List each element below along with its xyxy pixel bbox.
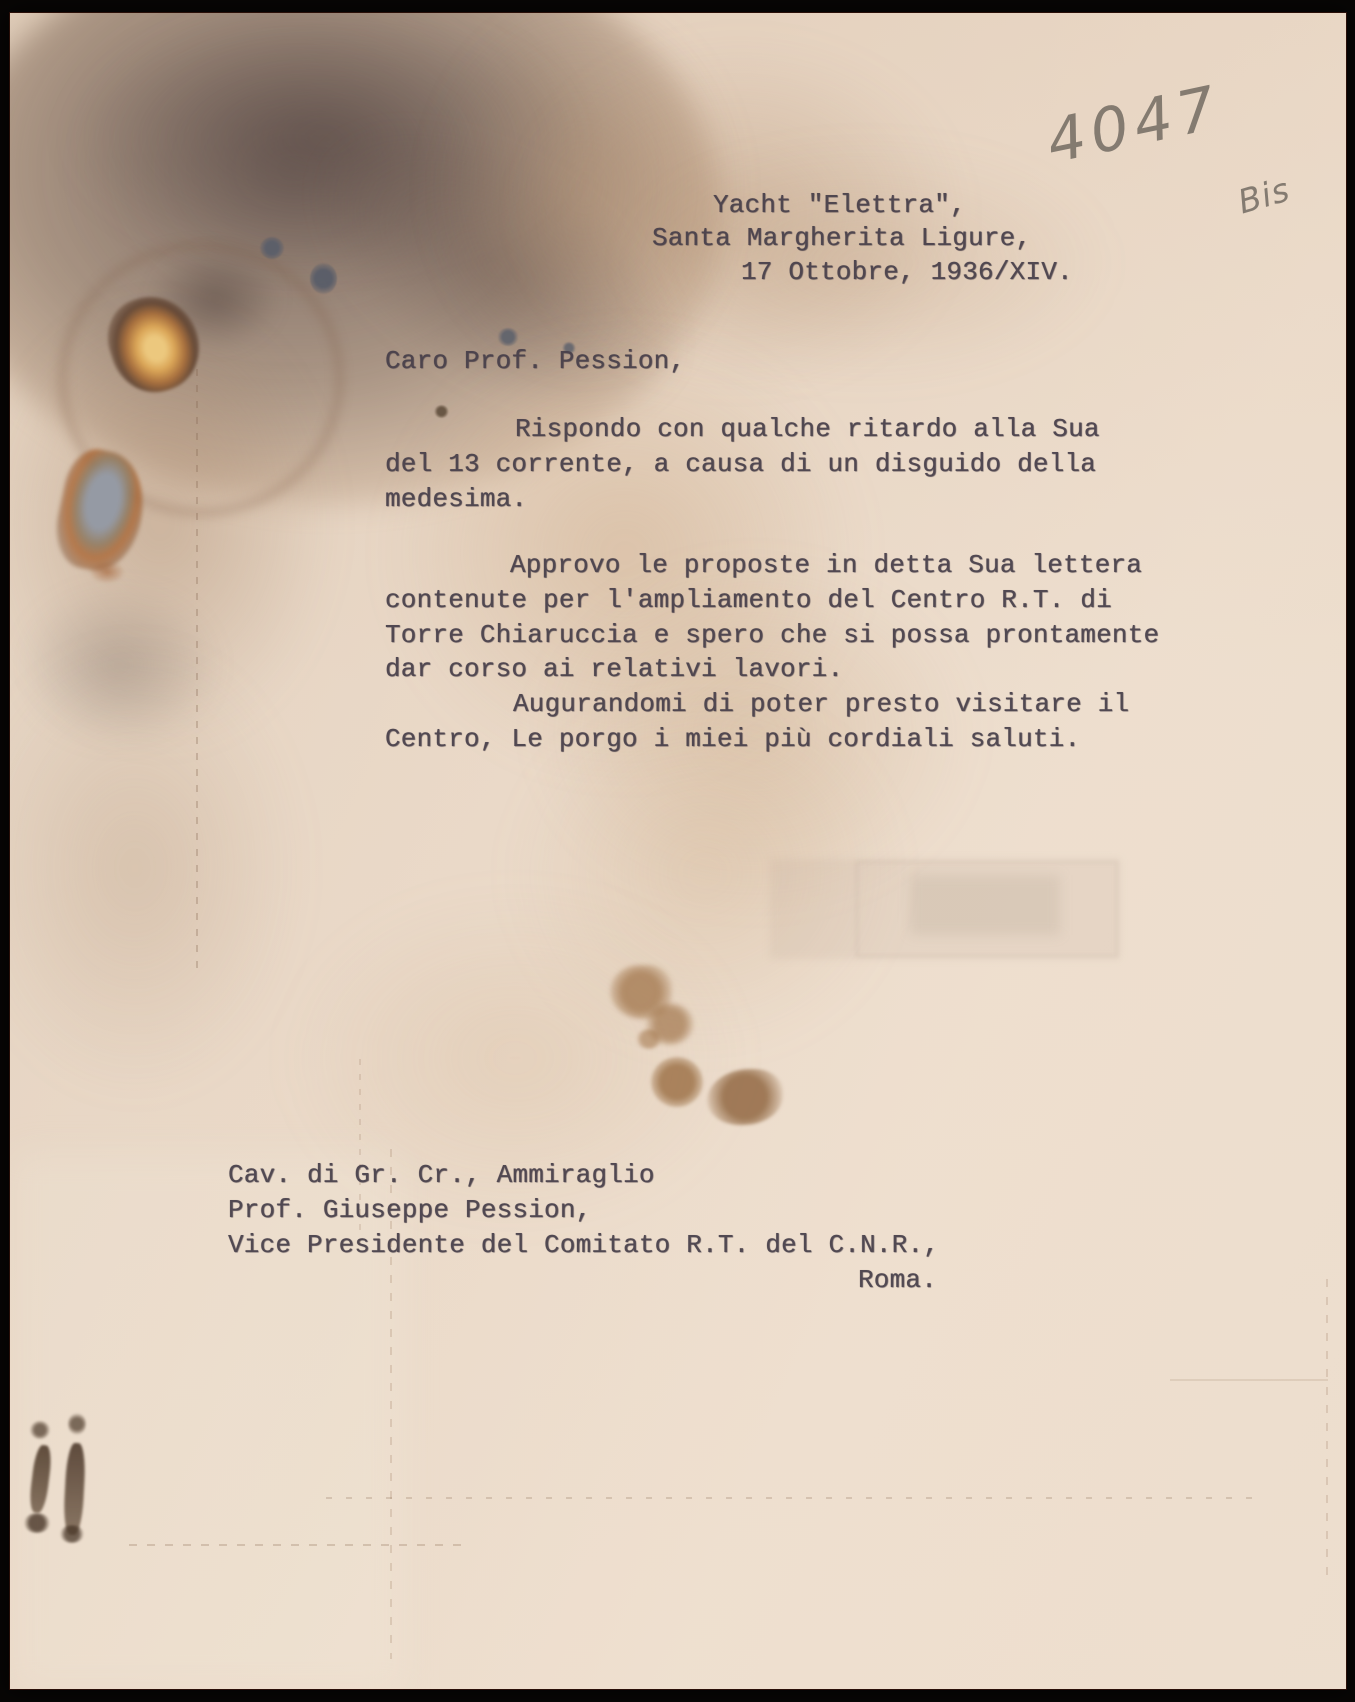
stain-left-lower-wash — [10, 653, 290, 1083]
bleedthrough-frame — [856, 861, 1118, 957]
letterhead-date-line: 17 Ottobre, 1936/XIV. — [741, 257, 1073, 287]
archive-note-annotation: Bis — [1234, 170, 1295, 222]
blot-mid-1 — [610, 965, 672, 1019]
body-line: Augurandomi di poter presto visitare il — [513, 689, 1129, 719]
crease-horizontal-right — [1170, 1379, 1328, 1381]
recipient-city: Roma. — [858, 1265, 937, 1295]
ink-stroke-blob-2 — [60, 1525, 84, 1543]
recipient-line: Prof. Giuseppe Pession, — [228, 1195, 591, 1225]
stain-top-center-streak — [430, 13, 740, 373]
body-line: contenute per l'ampliamento del Centro R… — [385, 585, 1112, 615]
speck-brown — [434, 405, 449, 418]
body-line: Centro, Le porgo i miei più cordiali sal… — [385, 724, 1080, 754]
body-line: Torre Chiaruccia e spero che si possa pr… — [385, 620, 1159, 650]
ink-stroke-1 — [28, 1444, 53, 1514]
body-line: del 13 corrente, a causa di un disguido … — [385, 449, 1096, 479]
blot-round — [651, 1057, 703, 1107]
stain-top-core — [60, 13, 590, 273]
grey-spot-small — [260, 237, 284, 259]
ink-stroke-blob-1 — [24, 1513, 50, 1533]
crease-vertical-left — [196, 369, 198, 969]
body-line: medesima. — [385, 484, 527, 514]
crease-vertical-lower — [390, 1149, 392, 1659]
bleedthrough-smudge — [910, 875, 1060, 935]
ink-stroke-tip-2 — [68, 1413, 86, 1435]
recipient-line: Vice Presidente del Comitato R.T. del C.… — [228, 1230, 939, 1260]
stain-center-lower — [520, 703, 890, 1043]
blot-small — [636, 1029, 662, 1049]
ink-stroke-2 — [63, 1443, 87, 1536]
crease-horizontal-1 — [326, 1497, 1266, 1499]
archive-number-annotation: 4047 — [1041, 72, 1228, 177]
speck-dark-1 — [497, 328, 519, 346]
letter-document: 4047 Bis Yacht "Elettra", Santa Margheri… — [10, 13, 1346, 1689]
water-ring-mark — [58, 241, 344, 517]
rust-burn-spot — [48, 444, 153, 578]
body-line: dar corso ai relativi lavori. — [385, 654, 843, 684]
burn-hole-smudge — [150, 249, 280, 349]
body-line: Approvo le proposte in detta Sua lettera — [510, 550, 1142, 580]
ink-stroke-tip-1 — [30, 1421, 50, 1439]
bleedthrough-ghost — [770, 859, 1120, 959]
letterhead-line-2: Santa Margherita Ligure, — [652, 223, 1031, 253]
body-line: Rispondo con qualche ritardo alla Sua — [515, 414, 1100, 444]
stain-left-wash — [10, 303, 330, 743]
scan-background: 4047 Bis Yacht "Elettra", Santa Margheri… — [0, 0, 1355, 1702]
letterhead-line-1: Yacht "Elettra", — [713, 190, 966, 220]
recipient-line: Cav. di Gr. Cr., Ammiraglio — [228, 1160, 655, 1190]
crease-vertical-right — [1326, 1279, 1328, 1579]
crease-horizontal-2 — [129, 1544, 465, 1546]
grey-spot-large — [310, 263, 337, 294]
rust-dots — [90, 561, 124, 583]
salutation-line: Caro Prof. Pession, — [385, 346, 685, 376]
blot-mid-2 — [646, 1003, 694, 1045]
grey-smudge-left — [18, 585, 218, 745]
blot-heart — [707, 1069, 783, 1125]
burn-hole — [97, 285, 210, 403]
